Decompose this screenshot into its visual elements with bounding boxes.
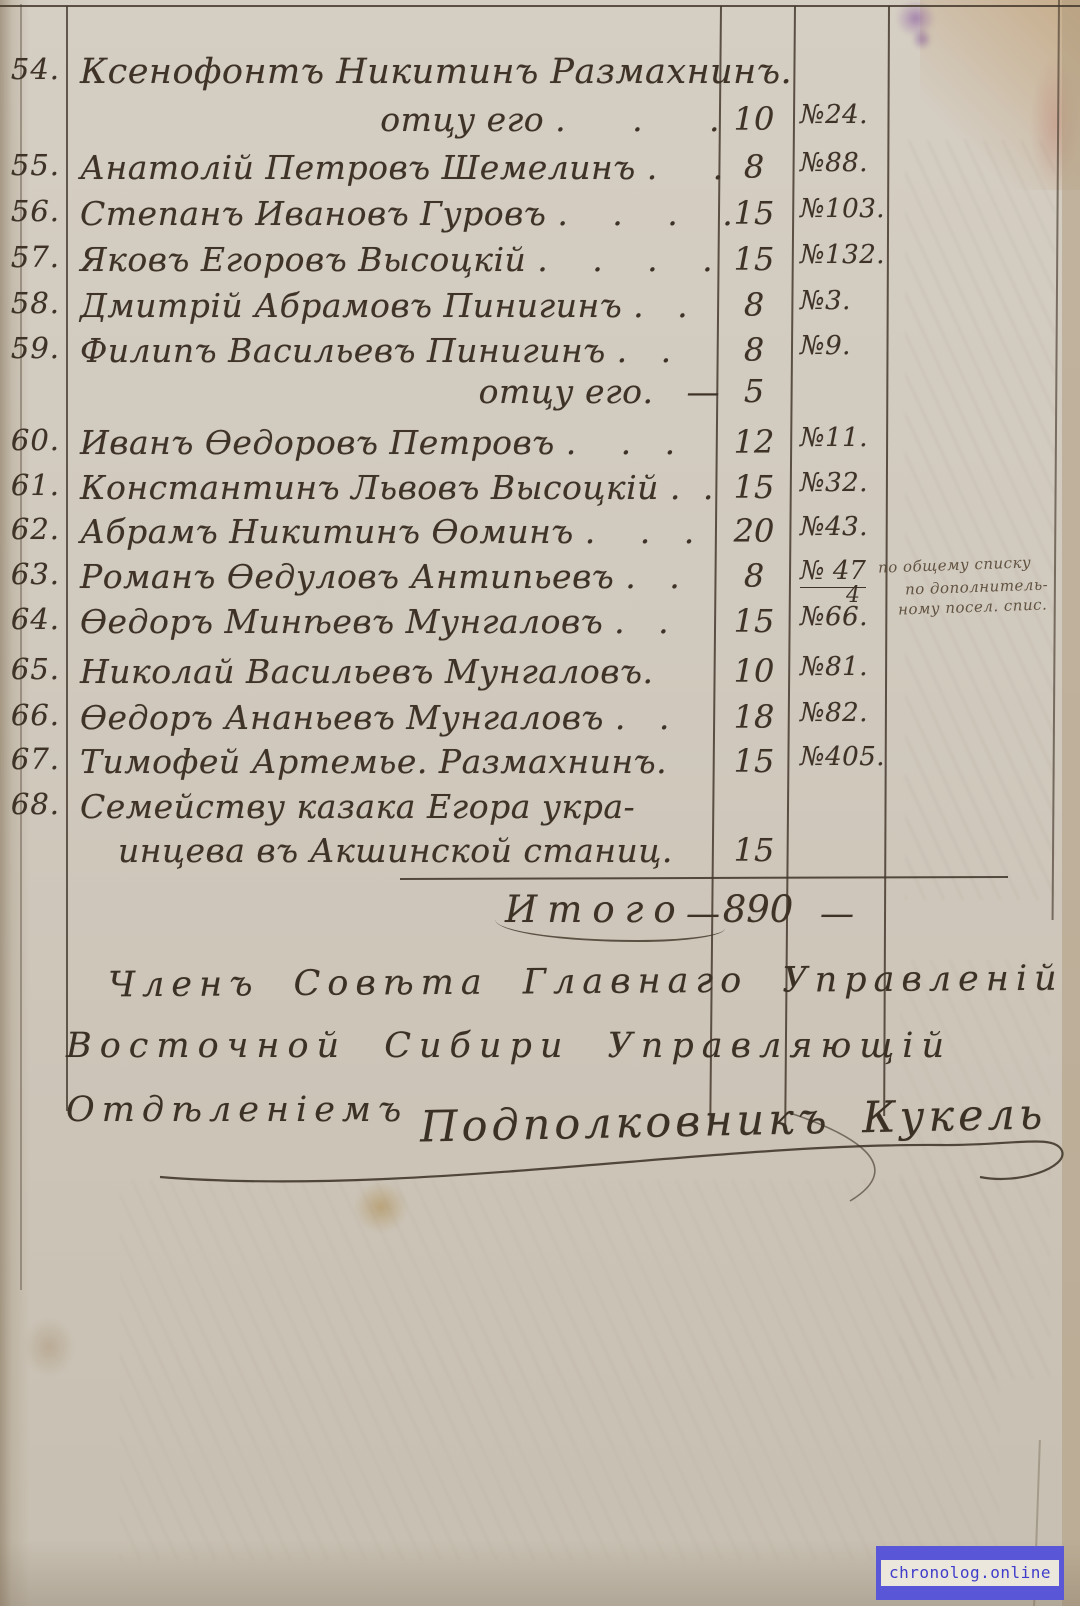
row-amount: 20 (716, 512, 792, 550)
table-row-subline: отцу его. — 5 (0, 372, 1080, 420)
table-row: 55. Анатолій Петровъ Шемелинъ . . 8 №88. (0, 148, 1080, 196)
row-amount: 15 (716, 468, 792, 506)
row-ref: №88. (800, 148, 910, 178)
row-name: Тимофей Артемье. Размахнинъ. (80, 742, 667, 781)
table-row: 65. Николай Васильевъ Мунгаловъ. 10 №81. (0, 652, 1080, 700)
row-ref: №9. (800, 331, 910, 361)
row-ref: №43. (800, 512, 910, 542)
row-number: 65. (8, 652, 60, 686)
row-amount: 15 (716, 240, 792, 278)
table-row: 58. Дмитрій Абрамовъ Пинигинъ . . 8 №3. (0, 286, 1080, 334)
row-number: 66. (8, 698, 60, 732)
row-name: Ѳедоръ Минѣевъ Мунгаловъ . . (80, 602, 669, 641)
row-number: 67. (8, 742, 60, 776)
row-name: отцу его. — (320, 372, 720, 411)
row-amount: 12 (716, 423, 792, 461)
manuscript-page: 54. Ксенофонтъ Никитинъ Размахнинъ. отцу… (0, 0, 1080, 1606)
row-number: 59. (8, 331, 60, 365)
signature: Подполковникъ Кукель (420, 1089, 1047, 1152)
ink-stain-purple-small (912, 28, 932, 50)
ink-stain-purple (896, 0, 940, 46)
row-name: Ѳедоръ Ананьевъ Мунгаловъ . . (80, 698, 670, 737)
row-number: 54. (8, 52, 60, 86)
row-number: 58. (8, 286, 60, 320)
table-row-subline: отцу его . . . 10 №24. (0, 100, 1080, 148)
row-name: Николай Васильевъ Мунгаловъ. (80, 652, 654, 691)
row-amount: 8 (716, 148, 792, 186)
total-value: 890 (718, 888, 798, 931)
row-name: инцева въ Акшинской станиц. (118, 831, 673, 870)
row-number: 56. (8, 194, 60, 228)
bleedthrough-texture (900, 960, 1050, 1380)
row-name: Иванъ Ѳедоровъ Петровъ . . . (80, 423, 676, 462)
row-amount: 15 (716, 194, 792, 232)
row-ref: №11. (800, 423, 910, 453)
row-name: Ксенофонтъ Никитинъ Размахнинъ. (80, 52, 792, 92)
row-amount: 5 (716, 372, 792, 410)
watermark-badge: chronolog.online (876, 1546, 1064, 1600)
row-name: Филипъ Васильевъ Пинигинъ . . (80, 331, 672, 370)
row-amount: 15 (716, 602, 792, 640)
row-name: Степанъ Ивановъ Гуровъ . . . . (80, 194, 733, 233)
watermark-inner: chronolog.online (881, 1560, 1059, 1586)
table-row: 61. Константинъ Львовъ Высоцкій . . 15 №… (0, 468, 1080, 516)
table-row: 66. Ѳедоръ Ананьевъ Мунгаловъ . . 18 №82… (0, 698, 1080, 746)
table-row: 60. Иванъ Ѳедоровъ Петровъ . . . 12 №11. (0, 423, 1080, 471)
table-row-continuation: инцева въ Акшинской станиц. 15 (0, 831, 1080, 879)
closing-line: Членъ Совѣта Главнаго Управленій (108, 959, 1064, 1006)
total-dash: — (820, 894, 854, 934)
row-number: 64. (8, 602, 60, 636)
table-row: 62. Абрамъ Никитинъ Ѳоминъ . . . 20 №43. (0, 512, 1080, 560)
row-ref: №103. (800, 194, 910, 224)
ref-alt-number: 4 (846, 583, 860, 608)
row-name: Константинъ Львовъ Высоцкій . . (80, 468, 714, 507)
row-name: Семейству казака Егора укра- (80, 787, 635, 826)
bleedthrough-texture (120, 1180, 1000, 1560)
row-number: 57. (8, 240, 60, 274)
row-amount: 15 (716, 831, 792, 869)
closing-line: Восточной Сибири Управляющій (66, 1026, 952, 1066)
row-ref: №24. (800, 100, 910, 130)
table-row: 57. Яковъ Егоровъ Высоцкій . . . . 15 №1… (0, 240, 1080, 288)
row-name: Абрамъ Никитинъ Ѳоминъ . . . (80, 512, 695, 551)
row-name: отцу его . . . (320, 100, 720, 139)
row-amount: 8 (716, 286, 792, 324)
row-amount: 8 (716, 331, 792, 369)
row-ref: №132. (800, 240, 910, 270)
row-ref: №81. (800, 652, 910, 682)
row-name: Анатолій Петровъ Шемелинъ . . (80, 148, 724, 187)
row-number: 63. (8, 557, 60, 591)
row-name: Яковъ Егоровъ Высоцкій . . . . (80, 240, 713, 279)
total-flourish (495, 906, 725, 942)
row-name: Дмитрій Абрамовъ Пинигинъ . . (80, 286, 688, 325)
row-ref: №32. (800, 468, 910, 498)
top-rule (0, 5, 1080, 7)
row-number: 60. (8, 423, 60, 457)
row-ref-fraction: № 47 4 (800, 556, 866, 586)
row-number: 61. (8, 468, 60, 502)
row-amount: 18 (716, 698, 792, 736)
row-amount: 8 (716, 557, 792, 595)
row-ref: №3. (800, 286, 910, 316)
row-amount: 15 (716, 742, 792, 780)
closing-line: Отдѣленіемъ (66, 1090, 408, 1130)
row-ref: №405. (800, 742, 910, 772)
row-amount: 10 (716, 652, 792, 690)
row-name: Романъ Ѳедуловъ Антипьевъ . . (80, 557, 680, 596)
table-row: 67. Тимофей Артемье. Размахнинъ. 15 №405… (0, 742, 1080, 790)
row-number: 62. (8, 512, 60, 546)
row-number: 68. (8, 787, 60, 821)
watermark-text: chronolog.online (889, 1563, 1051, 1582)
row-number: 55. (8, 148, 60, 182)
stain-yellow (348, 1182, 408, 1266)
table-row: 56. Степанъ Ивановъ Гуровъ . . . . 15 №1… (0, 194, 1080, 242)
row-amount: 10 (716, 100, 792, 138)
table-row: 54. Ксенофонтъ Никитинъ Размахнинъ. (0, 52, 1080, 100)
stain-small (24, 1318, 74, 1376)
table-row: 68. Семейству казака Егора укра- (0, 787, 1080, 835)
row-ref: №82. (800, 698, 910, 728)
